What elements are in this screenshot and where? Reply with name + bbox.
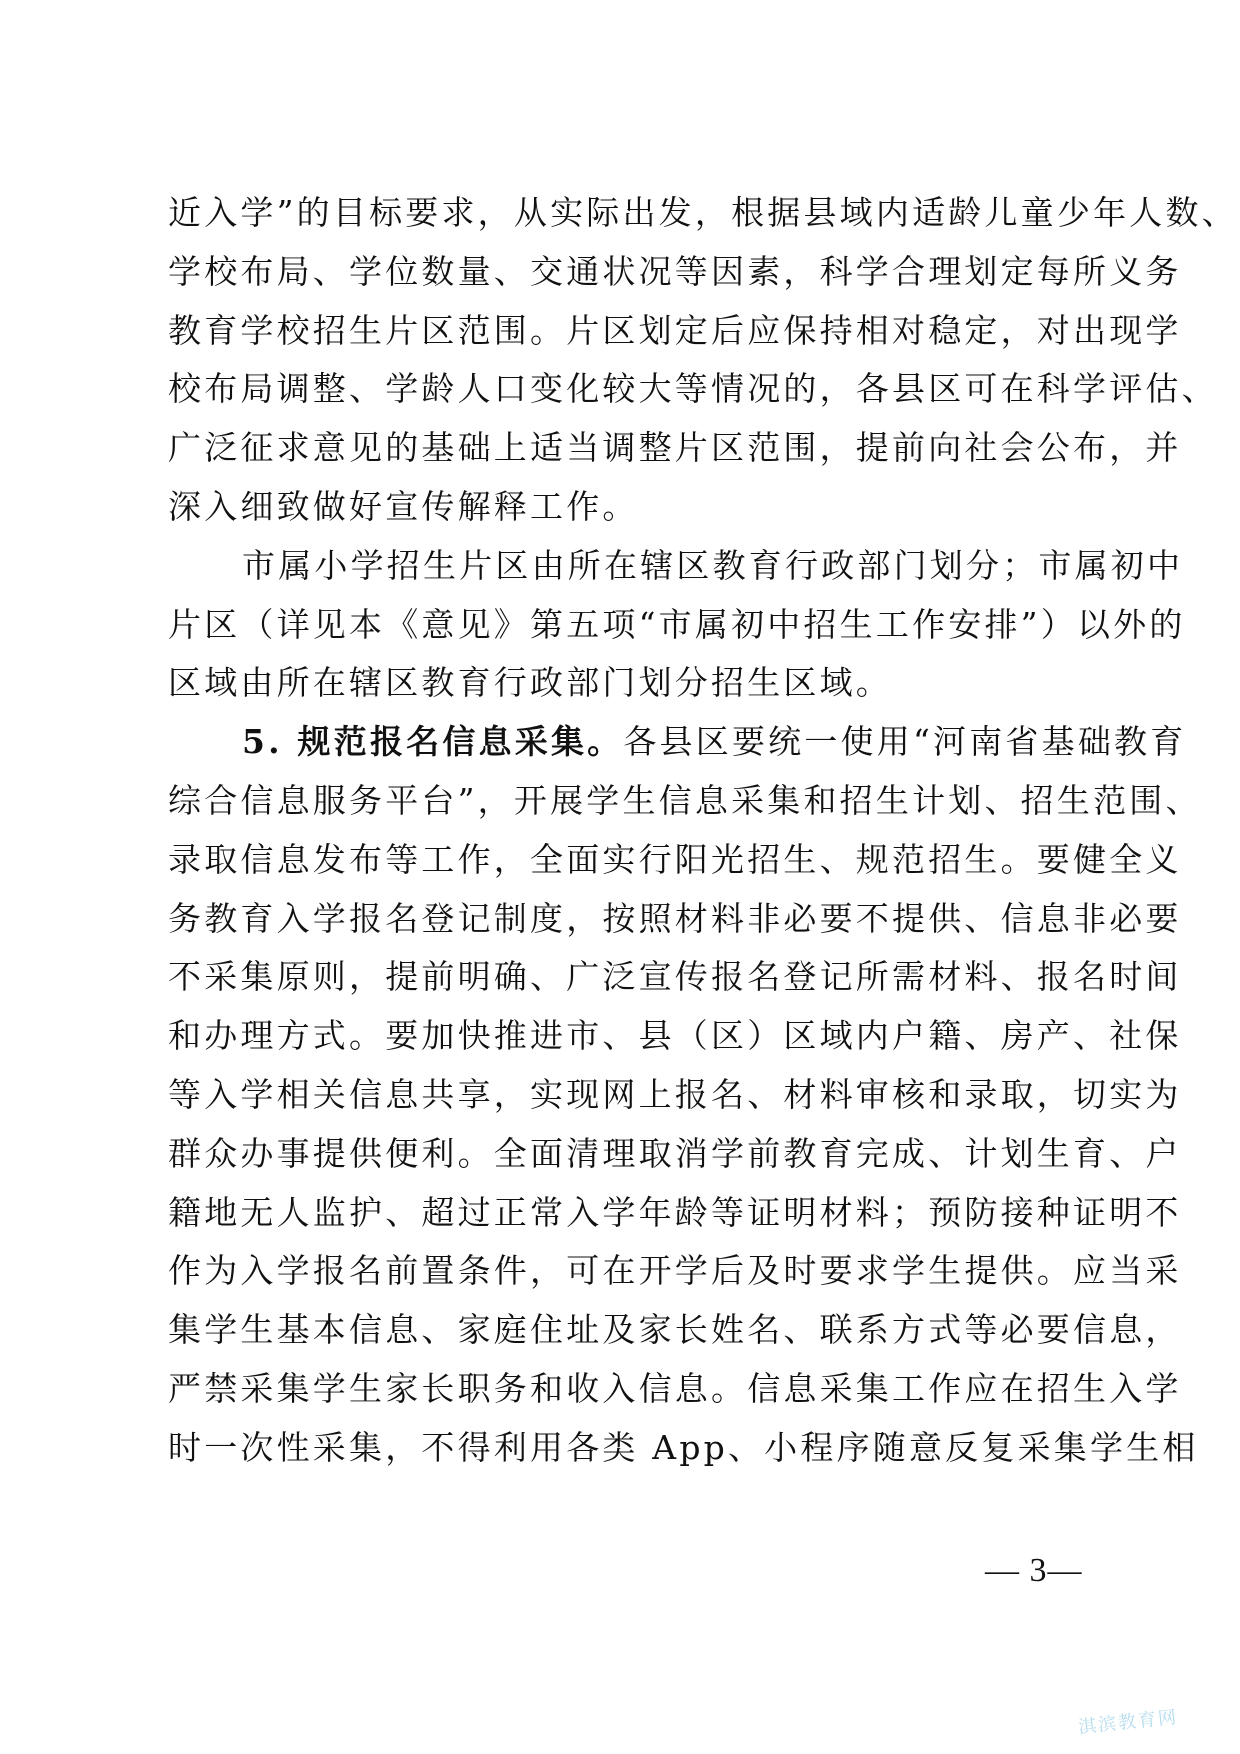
p1-line-5: 广泛征求意见的基础上适当调整片区范围，提前向社会公布，并	[168, 419, 1112, 478]
p1-line-4: 校布局调整、学龄人口变化较大等情况的，各县区可在科学评估、	[168, 360, 1112, 419]
p1-line-1: 近入学”的目标要求，从实际出发，根据县域内适龄儿童少年人数、	[168, 184, 1112, 243]
p3-line-2: 综合信息服务平台”，开展学生信息采集和招生计划、招生范围、	[168, 772, 1112, 831]
p3-line-1: 5. 规范报名信息采集。各县区要统一使用“河南省基础教育	[168, 713, 1112, 772]
p3-line-12: 严禁采集学生家长职务和收入信息。信息采集工作应在招生入学	[168, 1360, 1112, 1419]
section-heading: 5. 规范报名信息采集。	[242, 722, 623, 761]
watermark: 淇滨教育网	[1077, 1703, 1179, 1739]
p3-line-11: 集学生基本信息、家庭住址及家长姓名、联系方式等必要信息，	[168, 1301, 1112, 1360]
p3-line-5: 不采集原则，提前明确、广泛宣传报名登记所需材料、报名时间	[168, 948, 1112, 1007]
p3-line-3: 录取信息发布等工作，全面实行阳光招生、规范招生。要健全义	[168, 831, 1112, 890]
body-text: 近入学”的目标要求，从实际出发，根据县域内适龄儿童少年人数、 学校布局、学位数量…	[168, 184, 1112, 1478]
p3-line-8: 群众办事提供便利。全面清理取消学前教育完成、计划生育、户	[168, 1125, 1112, 1184]
p3-line-13: 时一次性采集，不得利用各类 App、小程序随意反复采集学生相	[168, 1419, 1112, 1478]
p3-line-7: 等入学相关信息共享，实现网上报名、材料审核和录取，切实为	[168, 1066, 1112, 1125]
p1-line-6: 深入细致做好宣传解释工作。	[168, 478, 1112, 537]
p3-line-10: 作为入学报名前置条件，可在开学后及时要求学生提供。应当采	[168, 1242, 1112, 1301]
p1-line-2: 学校布局、学位数量、交通状况等因素，科学合理划定每所义务	[168, 243, 1112, 302]
p2-line-3: 区域由所在辖区教育行政部门划分招生区域。	[168, 654, 1112, 713]
p1-line-3: 教育学校招生片区范围。片区划定后应保持相对稳定，对出现学	[168, 302, 1112, 361]
p2-line-2: 片区（详见本《意见》第五项“市属初中招生工作安排”）以外的	[168, 596, 1112, 655]
document-page: 近入学”的目标要求，从实际出发，根据县域内适龄儿童少年人数、 学校布局、学位数量…	[0, 0, 1240, 1754]
p3-line-6: 和办理方式。要加快推进市、县（区）区域内户籍、房产、社保	[168, 1007, 1112, 1066]
page-number: — 3—	[985, 1552, 1083, 1590]
p3-line-9: 籍地无人监护、超过正常入学年龄等证明材料；预防接种证明不	[168, 1184, 1112, 1243]
p2-line-1: 市属小学招生片区由所在辖区教育行政部门划分；市属初中	[168, 537, 1112, 596]
p3-line-4: 务教育入学报名登记制度，按照材料非必要不提供、信息非必要	[168, 890, 1112, 949]
p3-line-1-text: 各县区要统一使用“河南省基础教育	[623, 722, 1186, 761]
